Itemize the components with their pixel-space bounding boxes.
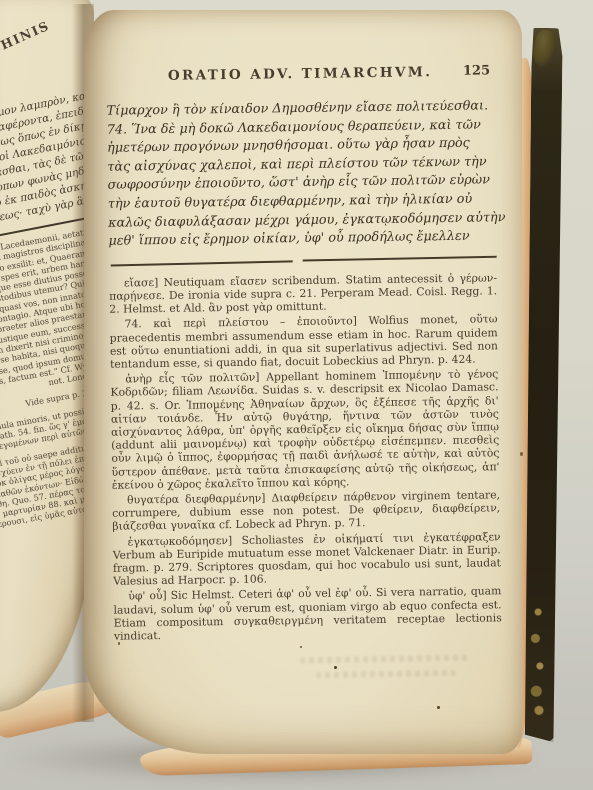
divider-segment-right: [303, 256, 497, 261]
right-page-content: ORATIO ADV. TIMARCHVM. 125 Τίμαρχον ἢ τὸ…: [106, 63, 502, 645]
left-running-header: CHINIS: [0, 18, 52, 58]
commentary-paragraph: 74. καὶ περὶ πλείστου – ἐποιοῦντο] Wolfi…: [109, 313, 498, 371]
running-header: ORATIO ADV. TIMARCHVM.: [106, 63, 494, 84]
greek-text-block: Τίμαρχον ἢ τὸν κίναιδον Δημοσθένην εἴασε…: [106, 97, 496, 251]
right-page: ORATIO ADV. TIMARCHVM. 125 Τίμαρχον ἢ τὸ…: [84, 10, 522, 754]
commentary-paragraph: ὑφ' οὗ] Sic Helmst. Ceteri ἀφ' οὗ vel ἐφ…: [113, 585, 502, 643]
footnote-divider: [109, 255, 497, 265]
foxing-speck: [300, 646, 302, 648]
page-header-row: ORATIO ADV. TIMARCHVM. 125: [106, 63, 494, 90]
page-number: 125: [463, 63, 490, 78]
book-photo-scene: CHINIS δὲ κατὰ πόλεμον λαμπρὸν, καὶ ρούτ…: [0, 0, 593, 790]
foxing-speck: [334, 666, 337, 669]
commentary-paragraph: ἀνὴρ εἷς τῶν πολιτῶν] Appellant hominem …: [110, 367, 500, 491]
foxing-speck: [520, 452, 523, 456]
cover-wear-marbling: [530, 600, 548, 720]
commentary-block: εἴασε] Neutiquam εἴασεν scribendum. Stat…: [109, 271, 502, 643]
commentary-paragraph: θυγατέρα διεφθαρμένην] Διαφθείρειν πάρθε…: [112, 488, 501, 533]
foxing-speck: [437, 706, 440, 709]
divider-segment-left: [111, 260, 293, 266]
foxing-speck: [118, 642, 120, 645]
commentary-paragraph: ἐγκατῳκοδόμησεν] Scholiastes ἐν οἰκήματί…: [113, 530, 502, 588]
commentary-paragraph: εἴασε] Neutiquam εἴασεν scribendum. Stat…: [109, 271, 498, 316]
